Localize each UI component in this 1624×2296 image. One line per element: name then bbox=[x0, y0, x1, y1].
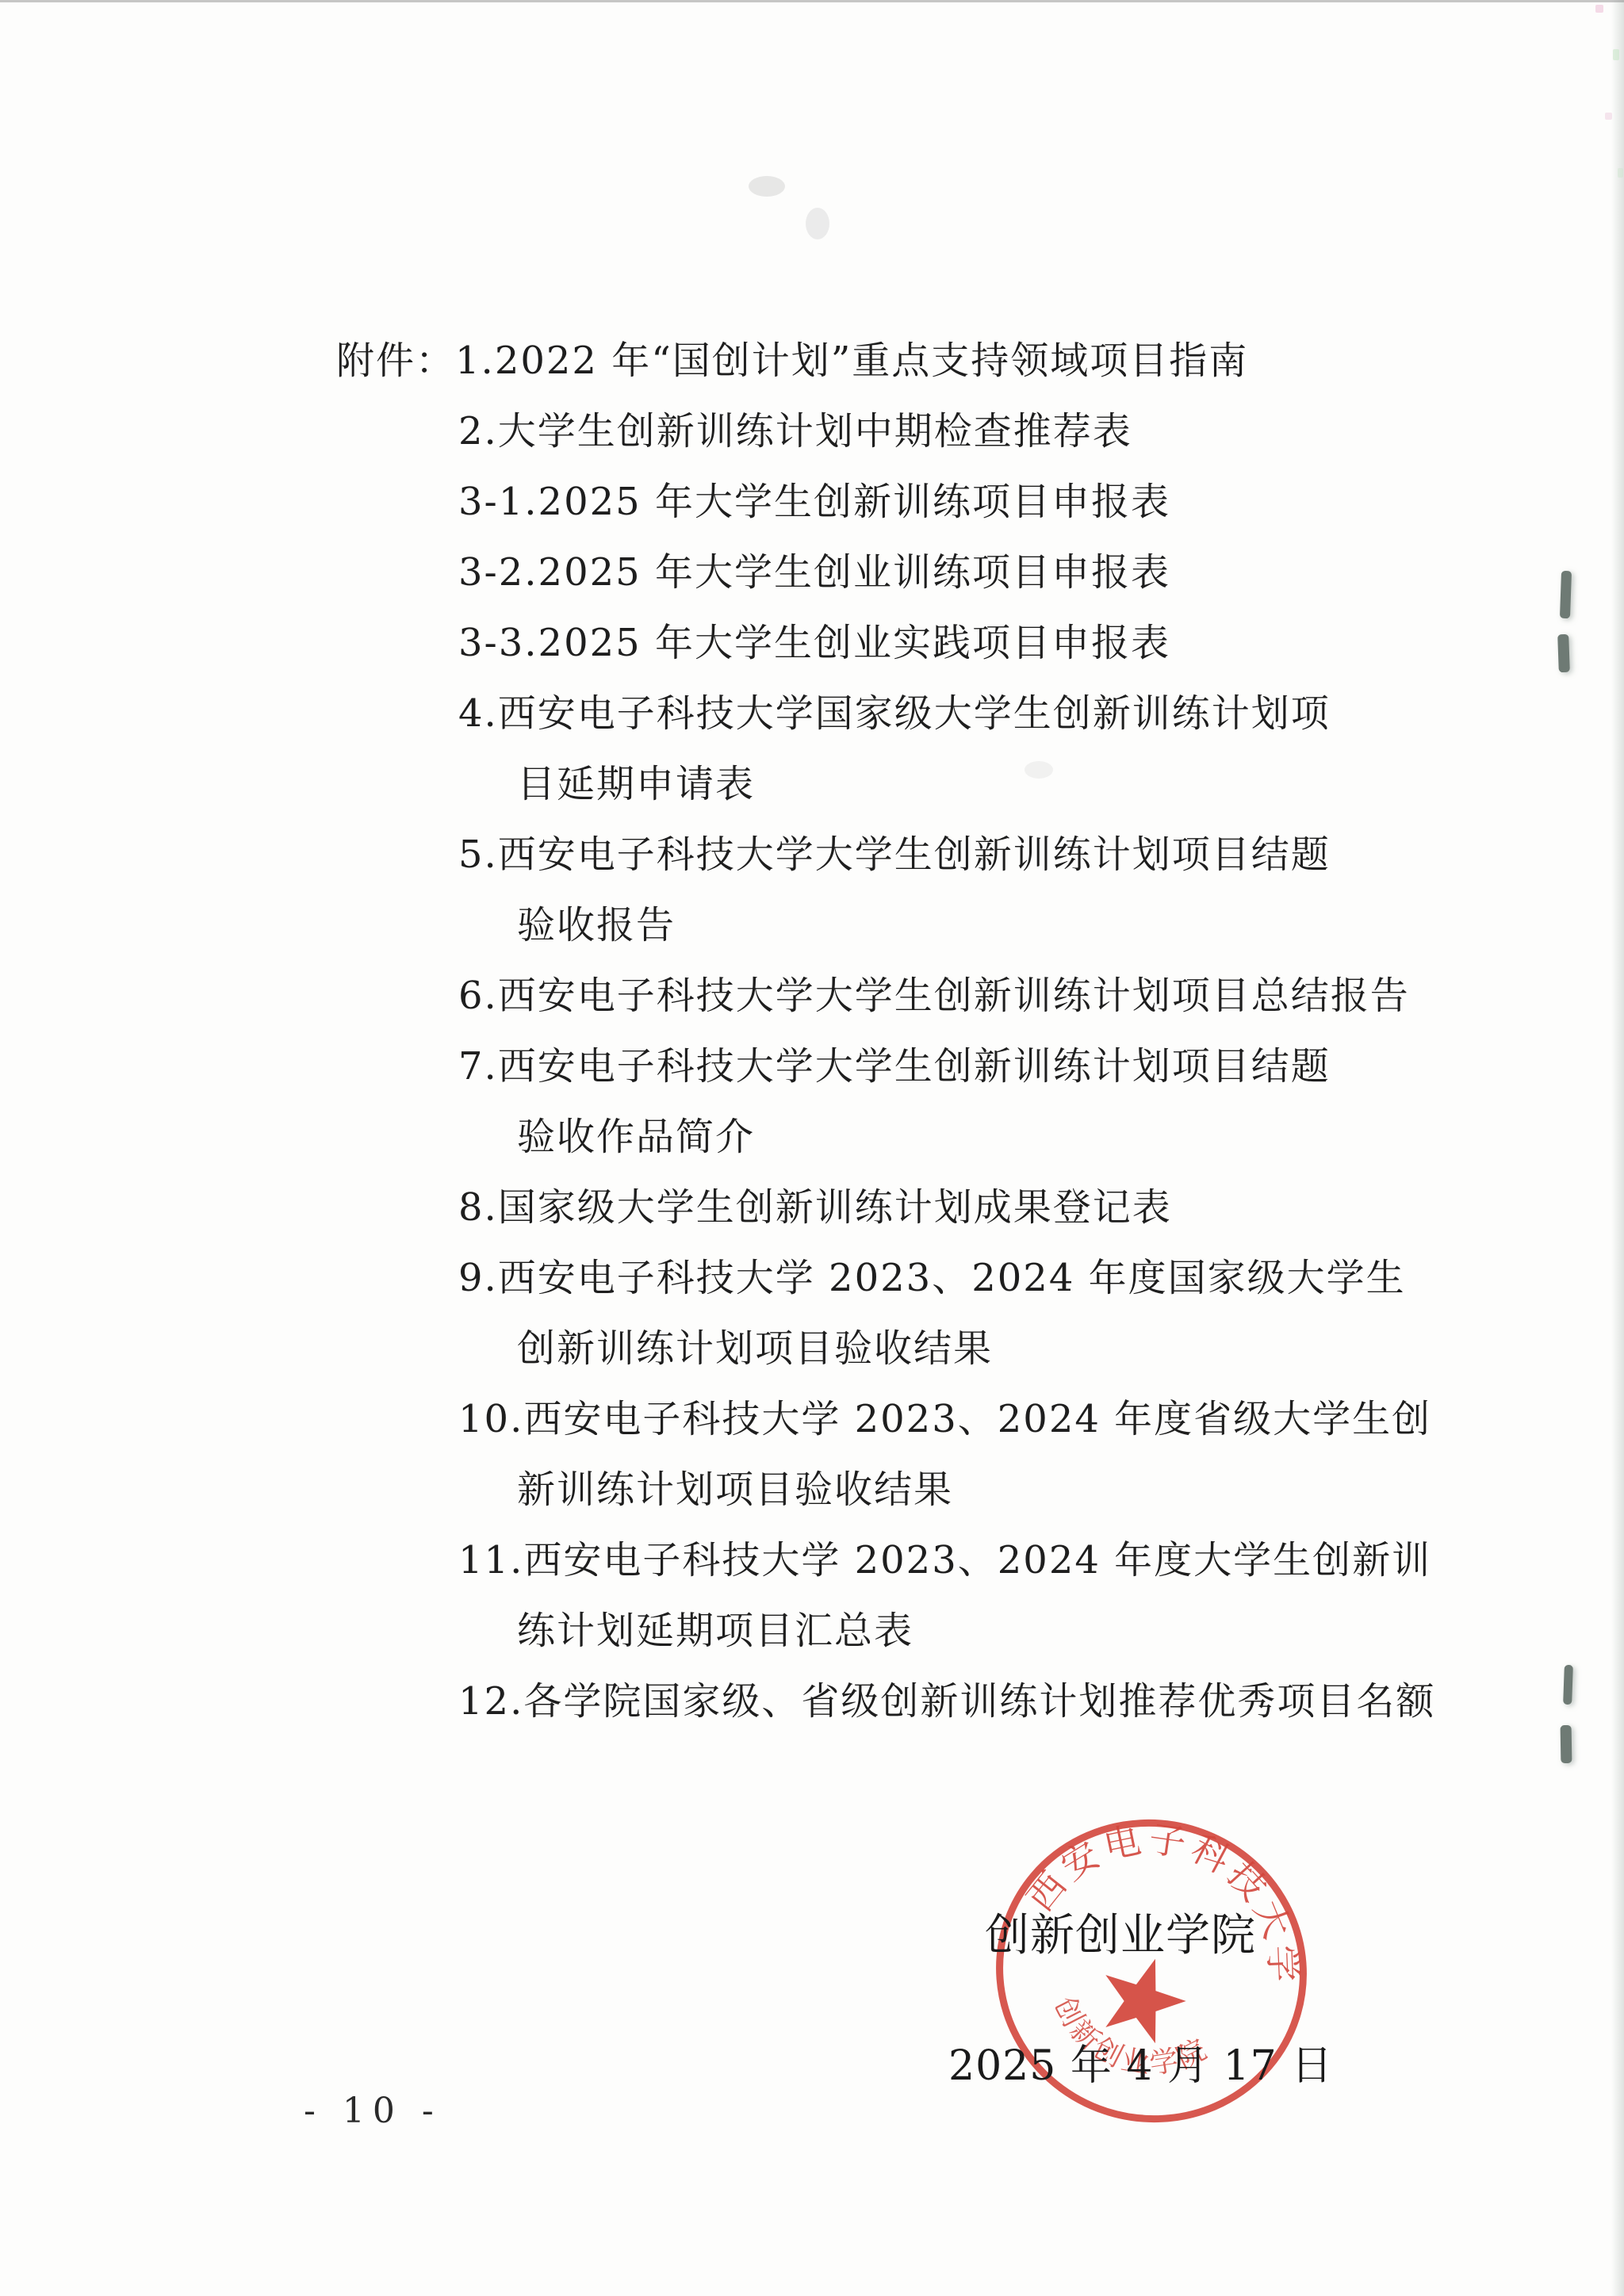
attachment-line: 2.大学生创新训练计划中期检查推荐表 bbox=[458, 411, 1132, 451]
attachment-line-text: 创新训练计划项目验收结果 bbox=[517, 1326, 993, 1371]
attachment-line-continuation: 新训练计划项目验收结果 bbox=[517, 1470, 953, 1510]
attachment-line: 10.西安电子科技大学 2023、2024 年度省级大学生创 bbox=[458, 1399, 1431, 1439]
attachment-line: 3-1.2025 年大学生创新训练项目申报表 bbox=[458, 482, 1170, 522]
attachment-line-text: 9.西安电子科技大学 2023、2024 年度国家级大学生 bbox=[458, 1256, 1406, 1300]
attachment-line-continuation: 验收作品简介 bbox=[517, 1117, 755, 1157]
attachment-line-text: 2.大学生创新训练计划中期检查推荐表 bbox=[458, 409, 1132, 453]
attachment-line: 9.西安电子科技大学 2023、2024 年度国家级大学生 bbox=[458, 1258, 1406, 1298]
signature-organization: 创新创业学院 bbox=[985, 1912, 1256, 1960]
attachment-line-text: 11.西安电子科技大学 2023、2024 年度大学生创新训 bbox=[458, 1538, 1431, 1582]
attachment-line-text: 5.西安电子科技大学大学生创新训练计划项目结题 bbox=[458, 832, 1331, 877]
staple-mark bbox=[1561, 1725, 1572, 1763]
attachment-line-text: 7.西安电子科技大学大学生创新训练计划项目结题 bbox=[458, 1044, 1331, 1089]
attachment-line: 5.西安电子科技大学大学生创新训练计划项目结题 bbox=[458, 835, 1331, 874]
attachment-line: 4.西安电子科技大学国家级大学生创新训练计划项 bbox=[458, 694, 1331, 733]
attachment-line: 11.西安电子科技大学 2023、2024 年度大学生创新训 bbox=[458, 1540, 1431, 1580]
attachment-label: 附件： bbox=[336, 339, 455, 383]
scan-noise bbox=[1595, 5, 1603, 13]
attachment-line: 8.国家级大学生创新训练计划成果登记表 bbox=[458, 1188, 1172, 1227]
attachment-line: 3-2.2025 年大学生创业训练项目申报表 bbox=[458, 553, 1170, 592]
official-seal: 西安电子科技大学 创新创业学院 bbox=[974, 1801, 1329, 2147]
attachment-line-text: 3-3.2025 年大学生创业实践项目申报表 bbox=[458, 621, 1170, 665]
staple-mark bbox=[1563, 1665, 1573, 1705]
scan-noise bbox=[1613, 49, 1619, 60]
signature-date: 2025 年 4 月 17 日 bbox=[948, 2044, 1333, 2088]
attachment-line: 6.西安电子科技大学大学生创新训练计划项目总结报告 bbox=[458, 976, 1410, 1016]
staple-mark bbox=[1560, 571, 1572, 618]
scan-noise bbox=[1618, 168, 1623, 178]
scan-smudge bbox=[1025, 761, 1053, 779]
attachment-line: 附件：1.2022 年“国创计划”重点支持领域项目指南 bbox=[336, 341, 1248, 381]
scan-right-edge-shadow bbox=[1611, 0, 1624, 2296]
attachment-line-text: 1.2022 年“国创计划”重点支持领域项目指南 bbox=[455, 339, 1248, 383]
attachment-line-text: 验收作品简介 bbox=[517, 1115, 755, 1159]
attachment-line-text: 新训练计划项目验收结果 bbox=[517, 1468, 953, 1512]
attachment-line-text: 6.西安电子科技大学大学生创新训练计划项目总结报告 bbox=[458, 974, 1410, 1018]
attachment-line-text: 3-2.2025 年大学生创业训练项目申报表 bbox=[458, 550, 1170, 595]
page-number: - 10 - bbox=[304, 2093, 442, 2130]
attachment-line-text: 目延期申请表 bbox=[517, 762, 755, 806]
attachment-line: 7.西安电子科技大学大学生创新训练计划项目结题 bbox=[458, 1047, 1331, 1086]
seal-outer-text: 西安电子科技大学 bbox=[1014, 1801, 1329, 1999]
attachment-line-continuation: 验收报告 bbox=[517, 905, 676, 945]
scan-smudge bbox=[806, 208, 829, 239]
attachment-line-text: 3-1.2025 年大学生创新训练项目申报表 bbox=[458, 480, 1170, 524]
attachment-line-text: 12.各学院国家级、省级创新训练计划推荐优秀项目名额 bbox=[458, 1679, 1435, 1724]
scan-top-edge-line bbox=[0, 0, 1624, 2]
attachment-line-text: 练计划延期项目汇总表 bbox=[517, 1609, 913, 1653]
attachment-line-continuation: 创新训练计划项目验收结果 bbox=[517, 1329, 993, 1368]
scan-noise bbox=[1605, 113, 1612, 120]
attachment-line: 3-3.2025 年大学生创业实践项目申报表 bbox=[458, 623, 1170, 663]
attachment-line-continuation: 练计划延期项目汇总表 bbox=[517, 1611, 913, 1651]
attachment-line-text: 验收报告 bbox=[517, 903, 676, 947]
attachment-line-text: 10.西安电子科技大学 2023、2024 年度省级大学生创 bbox=[458, 1397, 1431, 1441]
attachment-line-text: 8.国家级大学生创新训练计划成果登记表 bbox=[458, 1185, 1172, 1230]
attachment-line-text: 4.西安电子科技大学国家级大学生创新训练计划项 bbox=[458, 691, 1331, 736]
scan-smudge bbox=[749, 176, 785, 197]
staple-mark bbox=[1557, 634, 1570, 672]
attachment-line-continuation: 目延期申请表 bbox=[517, 764, 755, 804]
scanned-document-page: 附件：1.2022 年“国创计划”重点支持领域项目指南 2.大学生创新训练计划中… bbox=[0, 0, 1624, 2296]
attachment-line: 12.各学院国家级、省级创新训练计划推荐优秀项目名额 bbox=[458, 1682, 1435, 1721]
